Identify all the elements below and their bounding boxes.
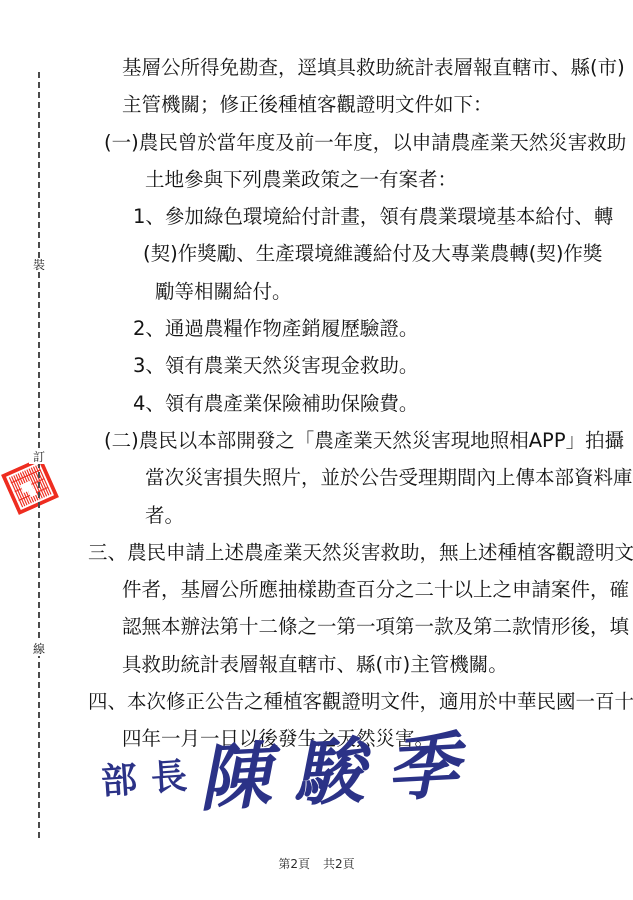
document-line: 件者，基層公所應抽樣勘查百分之二十以上之申請案件，確 <box>0 571 633 608</box>
document-line: (一)農民曾於當年度及前一年度，以申請農產業天然災害救助 <box>0 124 633 161</box>
signature-name: 陳駿季 <box>196 722 478 821</box>
page-footer: 第2頁共2頁 <box>0 855 633 872</box>
document-line: 3、領有農業天然災害現金救助。 <box>0 347 633 384</box>
document-line: 土地參與下列農業政策之一有案者： <box>0 161 633 198</box>
document-line: 認無本辦法第十二條之一第一項第一款及第二款情形後，填 <box>0 608 633 645</box>
document-line: 主管機關；修正後種植客觀證明文件如下： <box>0 86 633 123</box>
page-total: 共2頁 <box>323 855 355 872</box>
document-line: 4、領有農產業保險補助保險費。 <box>0 385 633 422</box>
document-line: 者。 <box>0 497 633 534</box>
document-body: 基層公所得免勘查，逕填具救助統計表層報直轄市、縣(市) 主管機關；修正後種植客觀… <box>0 49 633 758</box>
minister-signature: 部長 陳駿季 <box>88 722 478 834</box>
document-line: (二)農民以本部開發之「農產業天然災害現地照相APP」拍攝 <box>0 422 633 459</box>
page-number: 第2頁 <box>278 855 310 872</box>
document-line: 基層公所得免勘查，逕填具救助統計表層報直轄市、縣(市) <box>0 49 633 86</box>
document-line: 三、農民申請上述農產業天然災害救助，無上述種植客觀證明文 <box>0 534 633 571</box>
signature-title: 部長 <box>100 755 203 803</box>
document-line: 2、通過農糧作物產銷履歷驗證。 <box>0 310 633 347</box>
document-line: 四、本次修正公告之種植客觀證明文件，適用於中華民國一百十 <box>0 683 633 720</box>
document-page: 裝 訂 線 基層公所得免勘查，逕填具救助統計表層報直轄市、縣(市) 主管機關；修… <box>0 0 633 900</box>
document-line: 1、參加綠色環境給付計畫，領有農業環境基本給付、轉 <box>0 198 633 235</box>
binding-mark-xian: 線 <box>29 642 49 656</box>
document-line: 勵等相關給付。 <box>0 273 633 310</box>
document-line: 當次災害損失照片，並於公告受理期間內上傳本部資料庫 <box>0 459 633 496</box>
document-line: 具救助統計表層報直轄市、縣(市)主管機關。 <box>0 646 633 683</box>
binding-mark-ding: 訂 <box>29 450 49 464</box>
document-line: (契)作獎勵、生產環境維護給付及大專業農轉(契)作獎 <box>0 235 633 272</box>
binding-mark-zhuang: 裝 <box>29 258 49 272</box>
